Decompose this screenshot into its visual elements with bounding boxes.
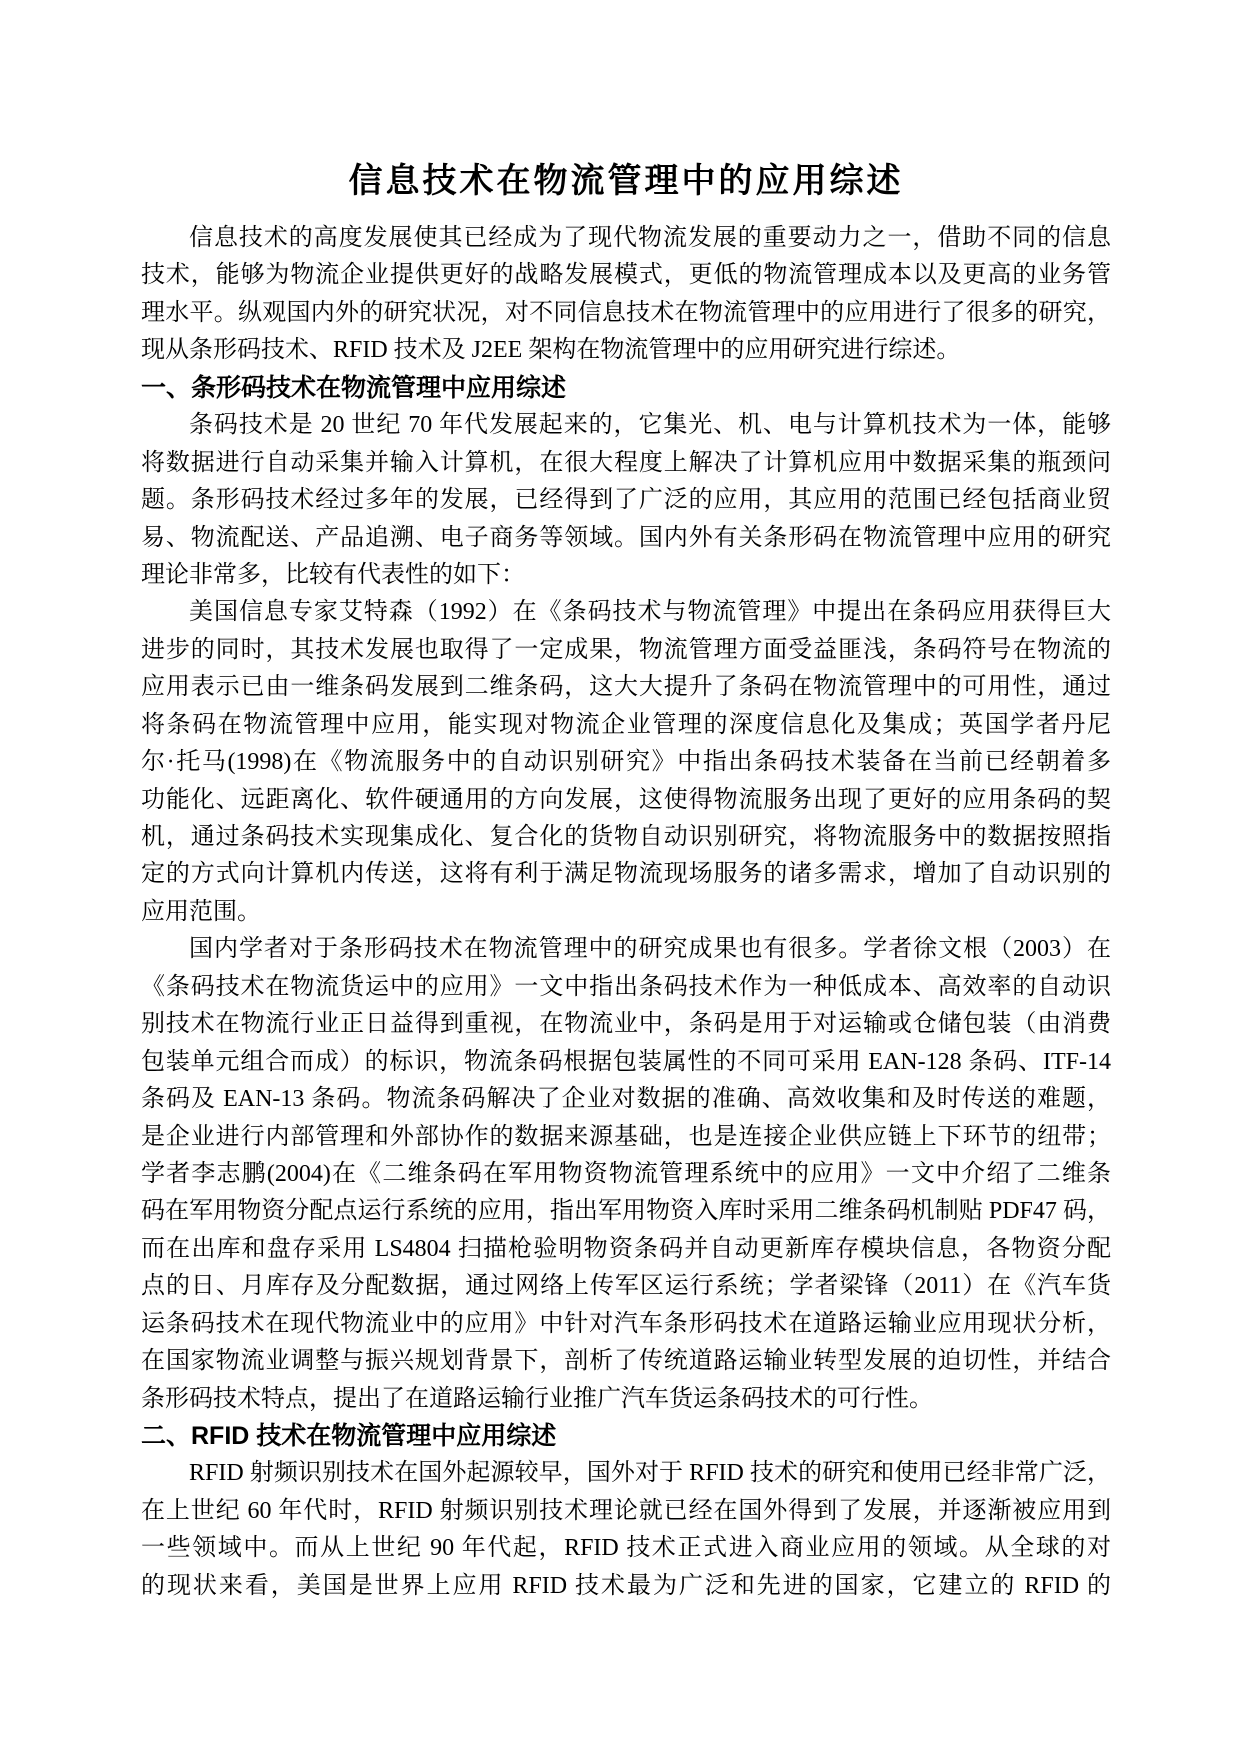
text-line: 别技术在物流行业正日益得到重视，在物流业中，条码是用于对运输或仓储包装（由消费 — [141, 1006, 1111, 1043]
section-heading: 一、条形码技术在物流管理中应用综述 — [141, 370, 1111, 407]
text-line: 而在出库和盘存采用 LS4804 扫描枪验明物资条码并自动更新库存模块信息，各物… — [141, 1231, 1111, 1268]
text-line: 功能化、远距离化、软件硬通用的方向发展，这使得物流服务出现了更好的应用条码的契 — [141, 782, 1111, 819]
text-line: RFID 射频识别技术在国外起源较早，国外对于 RFID 技术的研究和使用已经非… — [141, 1455, 1111, 1492]
text-line: 码在军用物资分配点运行系统的应用，指出军用物资入库时采用二维条码机制贴 PDF4… — [141, 1193, 1111, 1230]
text-line: 运条码技术在现代物流业中的应用》中针对汽车条形码技术在道路运输业应用现状分析， — [141, 1306, 1111, 1343]
text-line: 《条码技术在物流货运中的应用》一文中指出条码技术作为一种低成本、高效率的自动识 — [141, 969, 1111, 1006]
document-body: 信息技术的高度发展使其已经成为了现代物流发展的重要动力之一，借助不同的信息技术，… — [141, 220, 1111, 1605]
text-line: 应用范围。 — [141, 894, 1111, 931]
text-line: 理水平。纵观国内外的研究状况，对不同信息技术在物流管理中的应用进行了很多的研究， — [141, 295, 1111, 332]
text-line: 在上世纪 60 年代时，RFID 射频识别技术理论就已经在国外得到了发展，并逐渐… — [141, 1493, 1111, 1530]
text-line: 是企业进行内部管理和外部协作的数据来源基础，也是连接企业供应链上下环节的纽带； — [141, 1119, 1111, 1156]
text-line: 美国信息专家艾特森（1992）在《条码技术与物流管理》中提出在条码应用获得巨大 — [141, 594, 1111, 631]
document-title: 信息技术在物流管理中的应用综述 — [141, 158, 1111, 205]
text-line: 现从条形码技术、RFID 技术及 J2EE 架构在物流管理中的应用研究进行综述。 — [141, 332, 1111, 369]
text-line: 条形码技术特点，提出了在道路运输行业推广汽车货运条码技术的可行性。 — [141, 1381, 1111, 1418]
document-content: 信息技术在物流管理中的应用综述 信息技术的高度发展使其已经成为了现代物流发展的重… — [141, 158, 1111, 1605]
text-line: 题。条形码技术经过多年的发展，已经得到了广泛的应用，其应用的范围已经包括商业贸 — [141, 482, 1111, 519]
text-line: 定的方式向计算机内传送，这将有利于满足物流现场服务的诸多需求，增加了自动识别的 — [141, 856, 1111, 893]
text-line: 条码及 EAN-13 条码。物流条码解决了企业对数据的准确、高效收集和及时传送的… — [141, 1081, 1111, 1118]
text-line: 进步的同时，其技术发展也取得了一定成果，物流管理方面受益匪浅，条码符号在物流的 — [141, 632, 1111, 669]
text-line: 将数据进行自动采集并输入计算机，在很大程度上解决了计算机应用中数据采集的瓶颈问 — [141, 445, 1111, 482]
text-line: 机，通过条码技术实现集成化、复合化的货物自动识别研究，将物流服务中的数据按照指 — [141, 819, 1111, 856]
text-line: 易、物流配送、产品追溯、电子商务等领域。国内外有关条形码在物流管理中应用的研究 — [141, 520, 1111, 557]
text-line: 技术，能够为物流企业提供更好的战略发展模式，更低的物流管理成本以及更高的业务管 — [141, 257, 1111, 294]
text-line: 尔·托马(1998)在《物流服务中的自动识别研究》中指出条码技术装备在当前已经朝… — [141, 744, 1111, 781]
section-heading: 二、RFID 技术在物流管理中应用综述 — [141, 1418, 1111, 1455]
text-line: 的现状来看，美国是世界上应用 RFID 技术最为广泛和先进的国家，它建立的 RF… — [141, 1568, 1111, 1605]
text-line: 一些领域中。而从上世纪 90 年代起，RFID 技术正式进入商业应用的领域。从全… — [141, 1530, 1111, 1567]
text-line: 点的日、月库存及分配数据，通过网络上传军区运行系统；学者梁锋（2011）在《汽车… — [141, 1268, 1111, 1305]
text-line: 应用表示已由一维条码发展到二维条码，这大大提升了条码在物流管理中的可用性，通过 — [141, 669, 1111, 706]
text-line: 在国家物流业调整与振兴规划背景下，剖析了传统道路运输业转型发展的迫切性，并结合 — [141, 1343, 1111, 1380]
text-line: 信息技术的高度发展使其已经成为了现代物流发展的重要动力之一，借助不同的信息 — [141, 220, 1111, 257]
text-line: 理论非常多，比较有代表性的如下： — [141, 557, 1111, 594]
text-line: 包装单元组合而成）的标识，物流条码根据包装属性的不同可采用 EAN-128 条码… — [141, 1044, 1111, 1081]
text-line: 条码技术是 20 世纪 70 年代发展起来的，它集光、机、电与计算机技术为一体，… — [141, 407, 1111, 444]
document-page: 信息技术在物流管理中的应用综述 信息技术的高度发展使其已经成为了现代物流发展的重… — [0, 0, 1241, 1754]
text-line: 国内学者对于条形码技术在物流管理中的研究成果也有很多。学者徐文根（2003）在 — [141, 931, 1111, 968]
text-line: 将条码在物流管理中应用，能实现对物流企业管理的深度信息化及集成；英国学者丹尼 — [141, 707, 1111, 744]
text-line: 学者李志鹏(2004)在《二维条码在军用物资物流管理系统中的应用》一文中介绍了二… — [141, 1156, 1111, 1193]
